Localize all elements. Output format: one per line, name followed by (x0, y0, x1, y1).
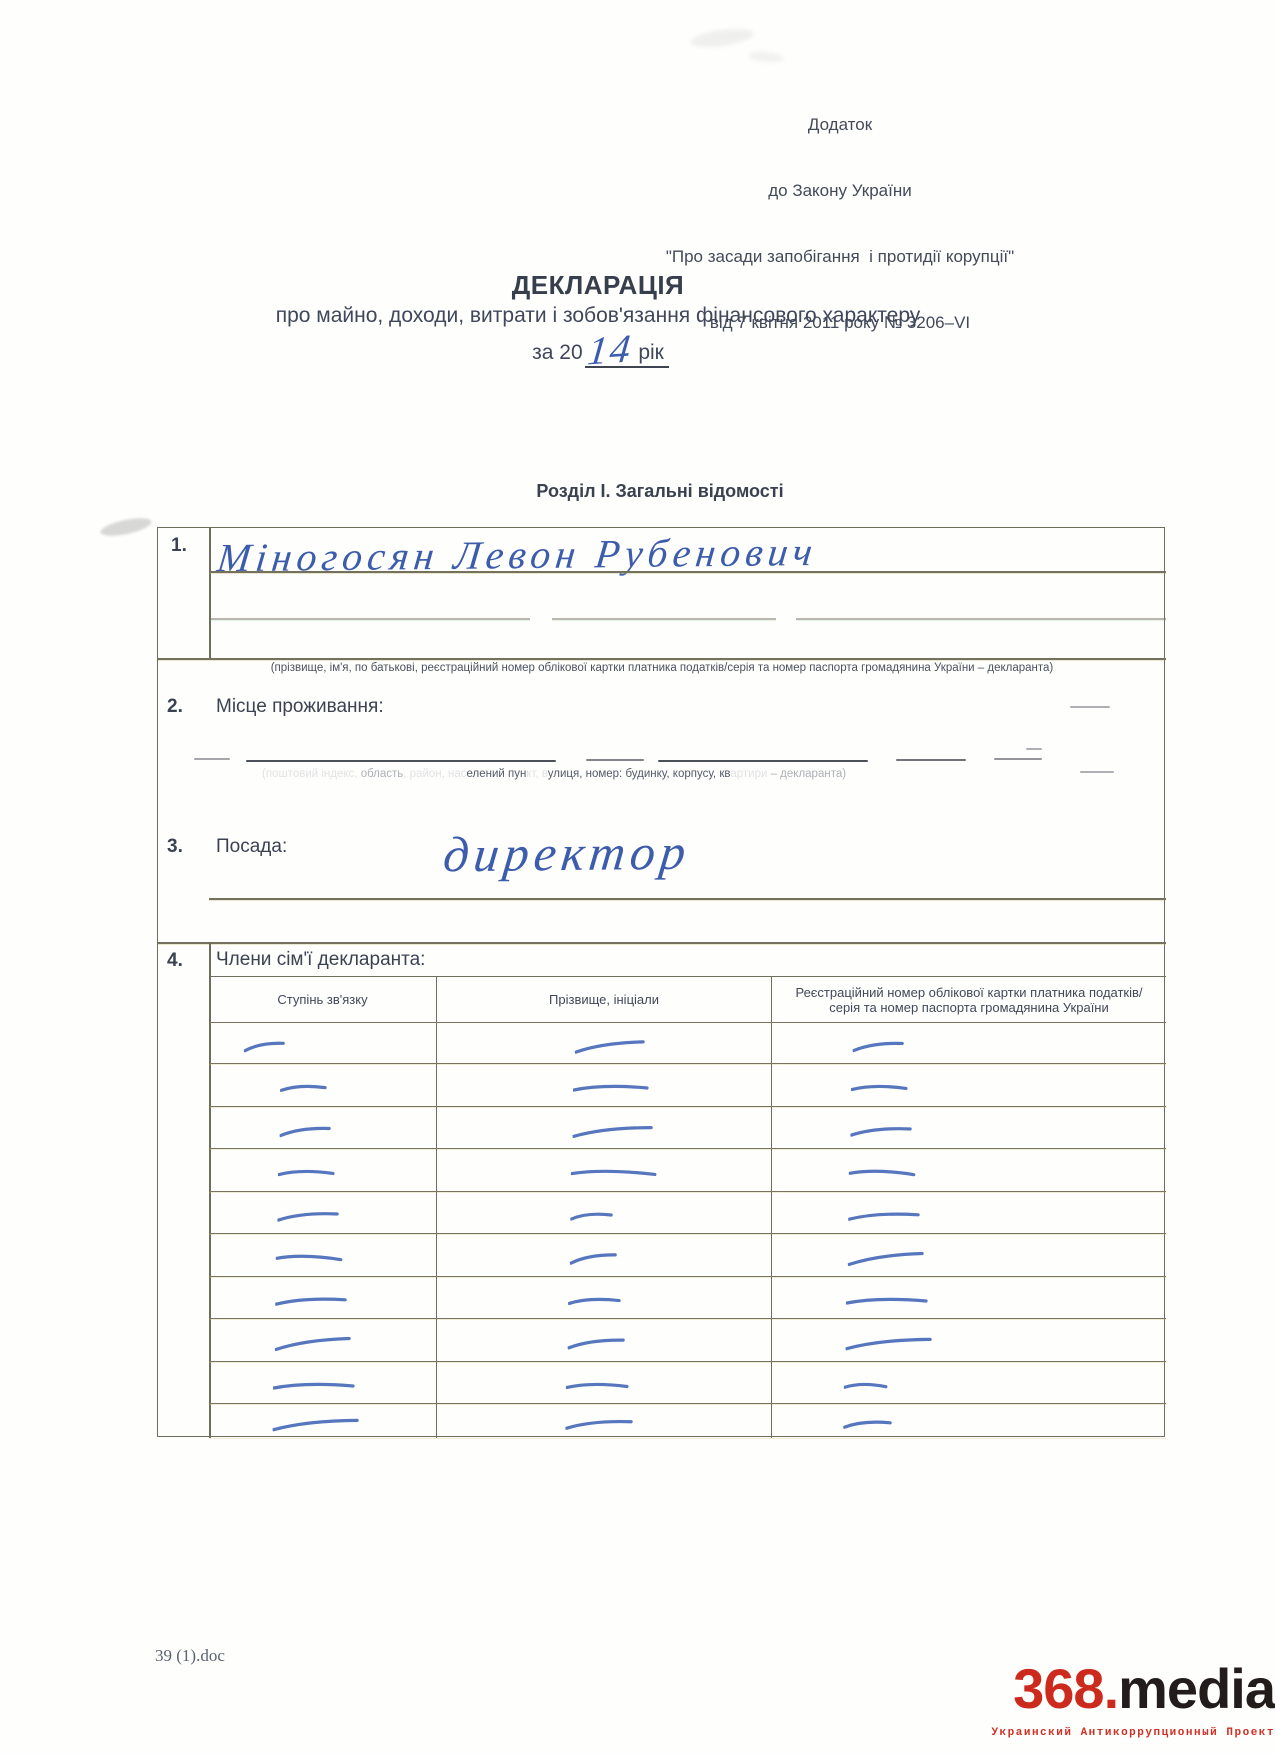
table-cell (209, 1362, 436, 1403)
table-cell (209, 1064, 436, 1106)
handwritten-dash (278, 1165, 335, 1176)
table-header-row: Ступінь зв'язку Прізвище, ініціали Реєст… (209, 976, 1166, 1023)
number-column-divider (209, 528, 211, 658)
caption-segment: артири (730, 768, 770, 780)
redaction-line (246, 760, 556, 762)
general-info-box: 1. Міногосян Левон Рубенович (прізвище, … (157, 527, 1165, 1437)
table-row (209, 1107, 1166, 1149)
law-reference-line: Додаток (560, 114, 1120, 136)
table-cell (436, 1234, 771, 1276)
table-cell (771, 1107, 1166, 1148)
handwritten-dash (847, 1245, 925, 1264)
declaration-year-line: за 20 14 рік (98, 336, 1098, 365)
table-cell (771, 1064, 1166, 1106)
caption-segment: область (361, 768, 404, 780)
caption-segment: улиця, номер: будинку, корпусу, кв (548, 768, 731, 780)
erasure-patch (530, 615, 552, 623)
table-cell (771, 1234, 1166, 1276)
law-reference-line: "Про засади запобігання і протидії коруп… (560, 246, 1120, 268)
table-cell (771, 1023, 1166, 1063)
table-cell (436, 1362, 771, 1403)
handwritten-dash (569, 1247, 618, 1264)
caption-segment: , район, нас (403, 768, 466, 780)
handwritten-year: 14 (587, 338, 634, 361)
document-page: Додаток до Закону України "Про засади за… (0, 0, 1275, 1755)
handwritten-dash (845, 1331, 933, 1349)
table-cell (436, 1064, 771, 1106)
filename: 39 (1).doc (155, 1646, 225, 1666)
table-cell (436, 1277, 771, 1318)
family-members-rows (209, 1023, 1166, 1438)
position-handwritten: директор (441, 823, 694, 884)
caption-segment: елений пун (467, 768, 527, 780)
table-row (209, 1234, 1166, 1277)
column-header: Ступінь зв'язку (209, 977, 436, 1022)
table-cell (771, 1277, 1166, 1318)
writing-line (209, 618, 1166, 620)
handwritten-dash (277, 1205, 340, 1219)
handwritten-dash (243, 1035, 286, 1051)
item3-number: 3. (167, 836, 183, 858)
handwritten-dash (570, 1206, 613, 1218)
table-cell (771, 1149, 1166, 1191)
table-cell (771, 1404, 1166, 1438)
handwritten-dash (571, 1164, 657, 1177)
handwritten-dash (272, 1412, 360, 1430)
handwritten-dash (849, 1163, 916, 1176)
table-cell (436, 1149, 771, 1191)
item2-number: 2. (167, 696, 183, 718)
table-cell (209, 1234, 436, 1276)
year-suffix: рік (638, 341, 664, 364)
writing-line (209, 571, 1166, 573)
scan-smudge (748, 50, 785, 63)
handwritten-dash (574, 1034, 646, 1053)
erasure-patch (776, 615, 796, 623)
law-reference: Додаток до Закону України "Про засади за… (560, 70, 1120, 378)
table-cell (436, 1023, 771, 1063)
redaction-line (896, 759, 966, 761)
table-cell (436, 1107, 771, 1148)
handwritten-dash (852, 1035, 905, 1050)
redaction-line (194, 758, 230, 760)
scan-smudge (99, 515, 153, 540)
table-cell (436, 1319, 771, 1361)
stray-mark (1026, 748, 1042, 750)
section-heading: Розділ І. Загальні відомості (160, 481, 1160, 502)
caption-segment: кт, в (526, 768, 547, 780)
redaction-line (994, 758, 1042, 760)
table-cell (209, 1319, 436, 1361)
table-row (209, 1149, 1166, 1192)
table-cell (771, 1319, 1166, 1361)
handwritten-dash (846, 1293, 928, 1303)
handwritten-dash (274, 1330, 352, 1349)
declarant-name-handwritten: Міногосян Левон Рубенович (215, 526, 1041, 582)
handwritten-dash (848, 1206, 920, 1219)
handwritten-dash (851, 1080, 908, 1091)
stray-mark (1070, 706, 1110, 708)
handwritten-dash (843, 1415, 892, 1428)
item4-number: 4. (167, 950, 183, 972)
table-cell (209, 1149, 436, 1191)
declaration-subtitle: про майно, доходи, витрати і зобов'язанн… (98, 304, 1098, 328)
table-row (209, 1023, 1166, 1064)
table-row (209, 1064, 1166, 1107)
law-reference-line: до Закону України (560, 180, 1120, 202)
handwritten-dash (566, 1377, 629, 1388)
handwritten-dash (273, 1378, 355, 1388)
item1-caption: (прізвище, ім'я, по батькові, реєстрацій… (178, 662, 1146, 674)
watermark-logo: 368.media (975, 1660, 1275, 1718)
table-row (209, 1319, 1166, 1362)
table-row (209, 1362, 1166, 1404)
caption-segment: (поштовий індекс, (262, 768, 361, 780)
table-cell (209, 1404, 436, 1438)
handwritten-dash (279, 1120, 332, 1135)
handwritten-dash (844, 1377, 888, 1389)
redaction-line (586, 759, 644, 761)
family-members-table: Ступінь зв'язку Прізвище, ініціали Реєст… (209, 976, 1166, 1438)
table-cell (209, 1277, 436, 1318)
handwritten-dash (572, 1119, 654, 1136)
redaction-line (658, 760, 868, 762)
handwritten-dash (565, 1414, 634, 1429)
handwritten-dash (275, 1291, 347, 1304)
column-header: Прізвище, ініціали (436, 977, 771, 1022)
logo-368: 368. (1013, 1657, 1118, 1720)
table-row (209, 1404, 1166, 1438)
item1-number: 1. (171, 535, 187, 557)
year-prefix: за 20 (532, 341, 583, 364)
handwritten-dash (568, 1292, 621, 1303)
declaration-title: ДЕКЛАРАЦІЯ (98, 270, 1098, 301)
handwritten-dash (850, 1120, 913, 1134)
item4-label: Члени сім'ї декларанта: (216, 949, 425, 971)
column-header: Реєстраційний номер облікової картки пла… (771, 977, 1166, 1022)
logo-media: media (1118, 1657, 1275, 1720)
item4-top-border (158, 942, 1166, 944)
stray-mark (1080, 771, 1114, 773)
watermark-tagline: Украинский Антикоррупционный Проект (960, 1727, 1275, 1739)
scan-smudge (689, 26, 755, 51)
item1-bottom-border (158, 658, 1166, 660)
item3-label: Посада: (216, 836, 287, 858)
handwritten-dash (276, 1248, 343, 1261)
table-cell (771, 1192, 1166, 1233)
table-cell (209, 1023, 436, 1063)
handwritten-dash (567, 1332, 626, 1348)
caption-segment: – декларанта) (771, 768, 846, 780)
table-cell (436, 1404, 771, 1438)
table-cell (771, 1362, 1166, 1403)
year-underline (585, 366, 669, 368)
table-cell (209, 1107, 436, 1148)
table-cell (436, 1192, 771, 1233)
table-cell (209, 1192, 436, 1233)
writing-line (209, 898, 1166, 900)
item2-label: Місце проживання: (216, 696, 384, 718)
handwritten-dash (280, 1080, 327, 1091)
handwritten-dash (573, 1080, 649, 1090)
table-row (209, 1277, 1166, 1319)
item2-caption: (поштовий індекс, область, район, населе… (262, 768, 1062, 780)
table-row (209, 1192, 1166, 1234)
